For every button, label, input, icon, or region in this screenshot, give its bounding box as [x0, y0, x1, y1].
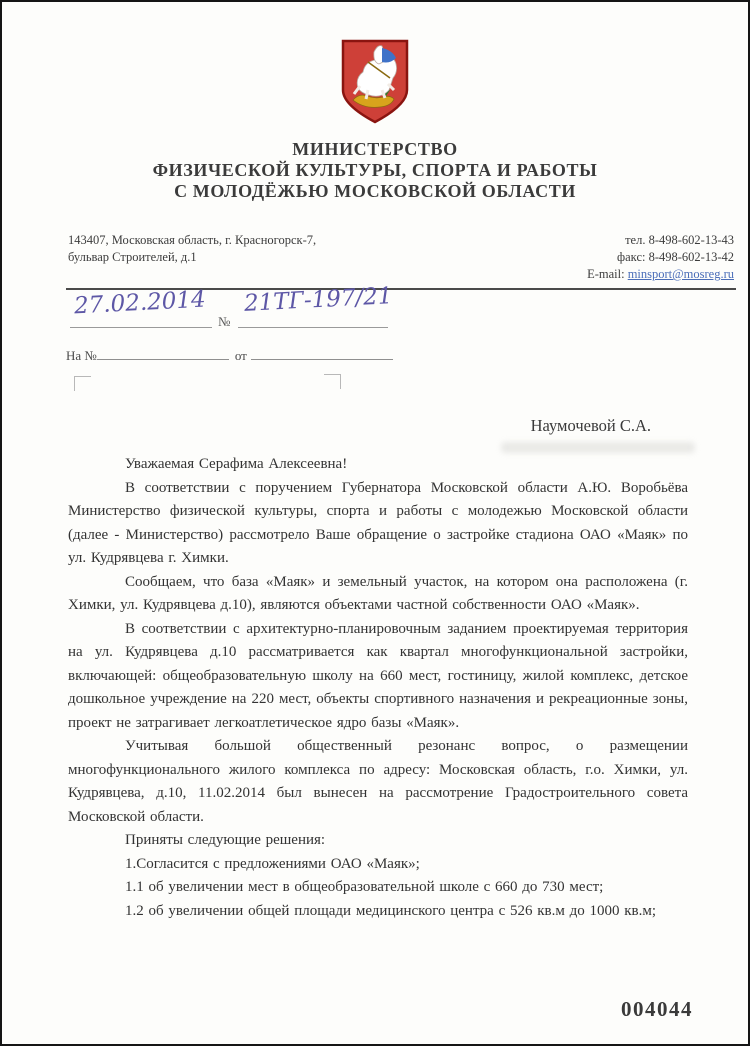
email-address: minsport@mosreg.ru: [628, 267, 734, 281]
paragraph-1: В соответствии с поручением Губернатора …: [68, 477, 688, 571]
date-underline: [70, 326, 212, 328]
recipient-name: Наумочевой С.А.: [2, 416, 651, 436]
email-label: E-mail:: [587, 267, 628, 281]
page-number-stamp: 004044: [621, 997, 693, 1022]
ministry-title-line-2: ФИЗИЧЕСКОЙ КУЛЬТУРЫ, СПОРТА И РАБОТЫ: [2, 160, 748, 181]
handwritten-date: 27.02.2014: [73, 287, 206, 320]
reply-date-blank: [251, 346, 393, 360]
na-label: На №: [66, 348, 97, 363]
letter-body: Уважаемая Серафима Алексеевна! В соответ…: [68, 453, 688, 923]
ministry-title: МИНИСТЕРСТВО ФИЗИЧЕСКОЙ КУЛЬТУРЫ, СПОРТА…: [2, 139, 748, 202]
redacted-address-smudge: [501, 442, 695, 453]
corner-mark-right: [324, 374, 341, 389]
corner-mark-left: [74, 376, 91, 391]
decision-item-1-1: 1.1 об увеличении мест в общеобразовател…: [68, 876, 688, 900]
postal-address: 143407, Московская область, г. Красногор…: [68, 232, 316, 283]
paragraph-decisions-header: Приняты следующие решения:: [68, 829, 688, 853]
address-corner-marks: [66, 374, 748, 404]
fax-line: факс: 8-498-602-13-42: [587, 249, 734, 266]
email-line: E-mail: minsport@mosreg.ru: [587, 266, 734, 283]
paragraph-2: Сообщаем, что база «Маяк» и земельный уч…: [68, 571, 688, 618]
number-underline: [238, 326, 388, 328]
number-symbol: №: [218, 314, 230, 330]
outgoing-number-block: № 27.02.2014 21ТГ-197/21: [66, 290, 748, 342]
contact-block: 143407, Московская область, г. Красногор…: [68, 232, 734, 283]
paragraph-3: В соответствии с архитектурно-планировоч…: [68, 618, 688, 736]
paragraph-4: Учитывая большой общественный резонанс в…: [68, 735, 688, 829]
coat-of-arms-icon: [338, 38, 412, 126]
ot-label: от: [235, 348, 247, 363]
crest-container: [2, 38, 748, 126]
salutation: Уважаемая Серафима Алексеевна!: [68, 453, 688, 477]
scanned-letter-page: МИНИСТЕРСТВО ФИЗИЧЕСКОЙ КУЛЬТУРЫ, СПОРТА…: [0, 0, 750, 1046]
ministry-title-line-3: С МОЛОДЁЖЬЮ МОСКОВСКОЙ ОБЛАСТИ: [2, 181, 748, 202]
reply-reference-line: На №от: [66, 346, 748, 364]
address-line-2: бульвар Строителей, д.1: [68, 249, 316, 266]
address-line-1: 143407, Московская область, г. Красногор…: [68, 232, 316, 249]
ministry-title-line-1: МИНИСТЕРСТВО: [2, 139, 748, 160]
decision-item-1: 1.Согласится с предложениями ОАО «Маяк»;: [68, 853, 688, 877]
reply-number-blank: [97, 346, 229, 360]
phone-fax-email: тел. 8-498-602-13-43 факс: 8-498-602-13-…: [587, 232, 734, 283]
phone-line: тел. 8-498-602-13-43: [587, 232, 734, 249]
decision-item-1-2: 1.2 об увеличении общей площади медицинс…: [68, 900, 688, 924]
